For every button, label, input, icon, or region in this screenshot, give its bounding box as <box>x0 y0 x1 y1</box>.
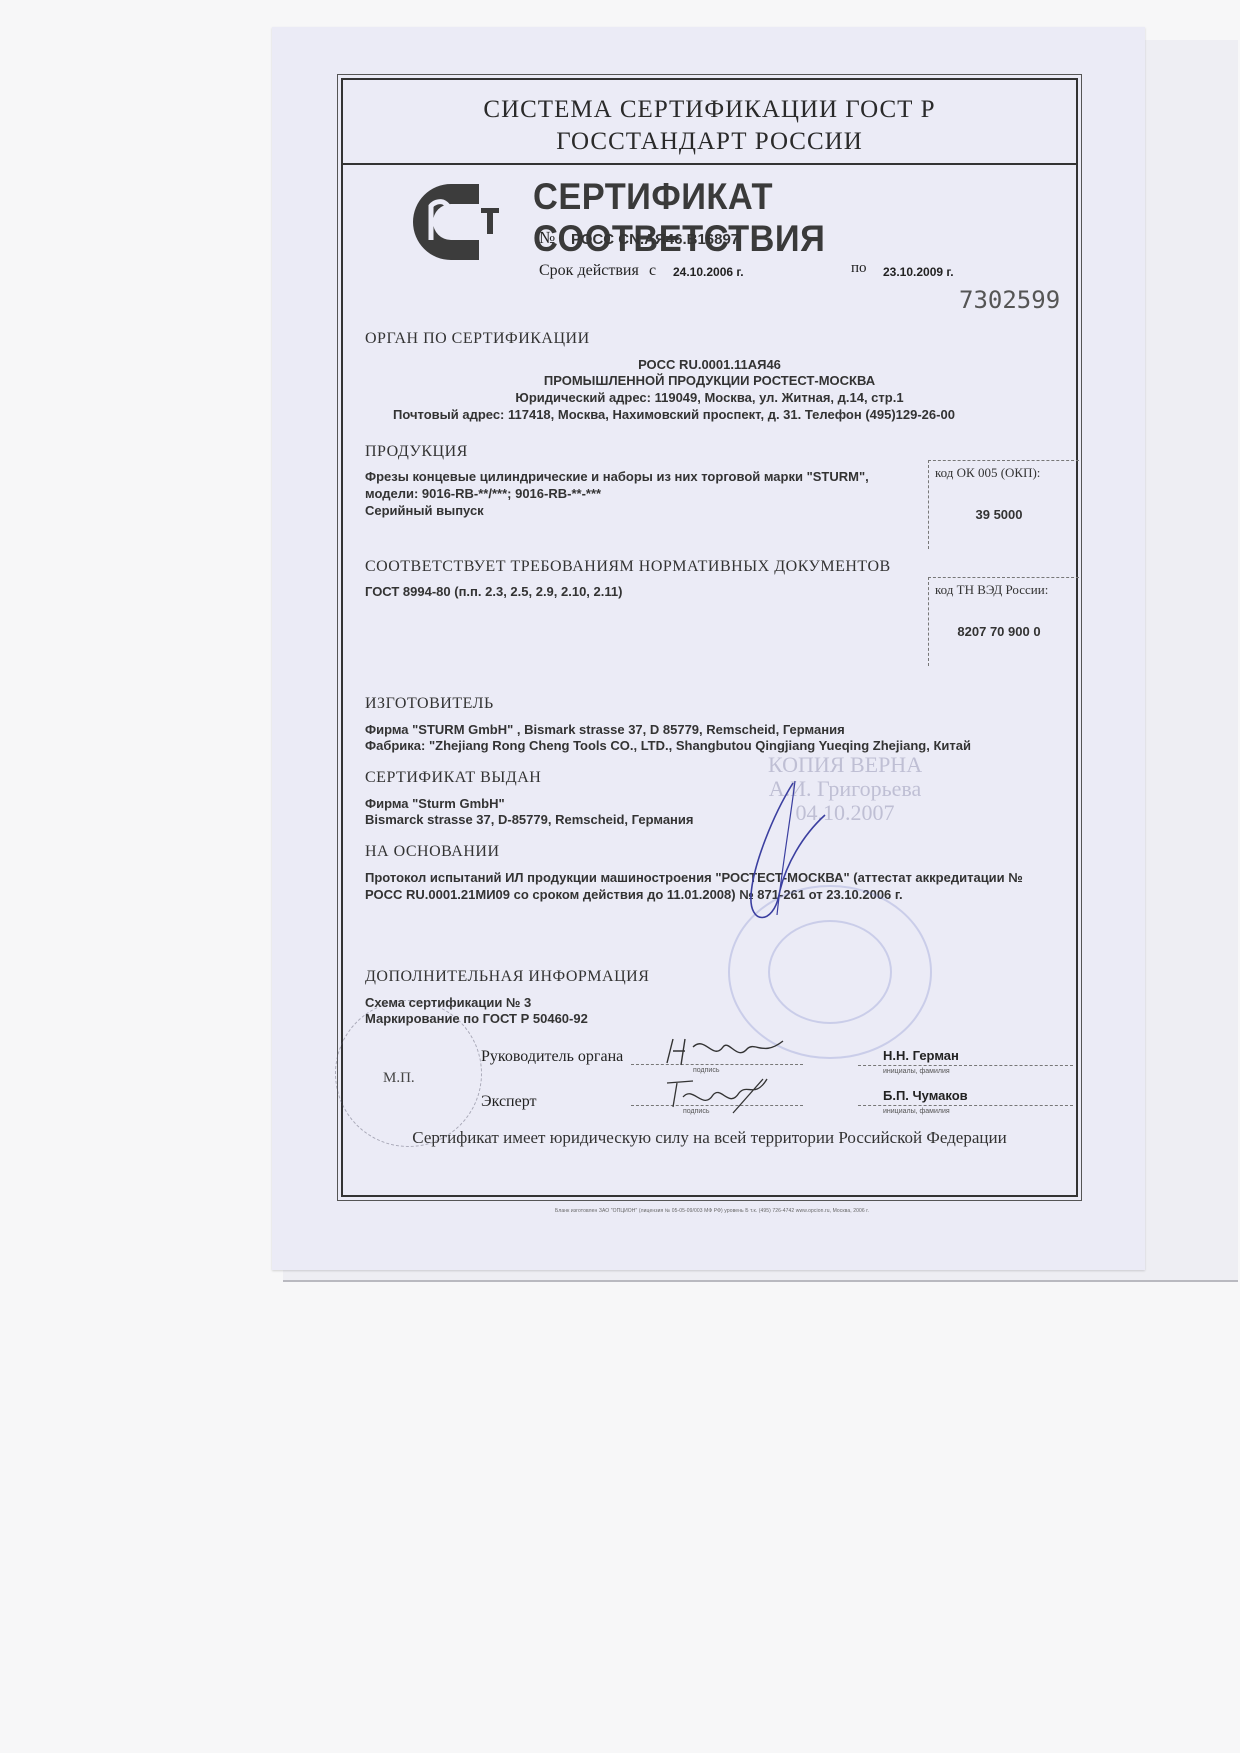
issued-to-heading: СЕРТИФИКАТ ВЫДАН <box>365 769 541 787</box>
issued-to-line-1: Фирма "Sturm GmbH" <box>365 795 505 812</box>
system-title-line2: ГОССТАНДАРТ РОССИИ <box>343 128 1076 156</box>
tnved-code-box: код ТН ВЭД России: 8207 70 900 0 <box>928 577 1079 666</box>
form-print-note: Бланк изготовлен ЗАО "ОПЦИОН" (лицензия … <box>555 1208 869 1214</box>
product-heading: ПРОДУКЦИЯ <box>365 443 468 461</box>
serial-number: 7302599 <box>959 286 1060 314</box>
seal-label: М.П. <box>383 1070 415 1087</box>
certification-body-heading: ОРГАН ПО СЕРТИФИКАЦИИ <box>365 330 590 348</box>
expert-label: Эксперт <box>481 1093 536 1111</box>
manufacturer-heading: ИЗГОТОВИТЕЛЬ <box>365 695 494 713</box>
certification-body-name: ПРОМЫШЛЕННОЙ ПРОДУКЦИИ РОСТЕСТ-МОСКВА <box>343 372 1076 389</box>
certification-body-seal-inner <box>768 920 892 1024</box>
issued-to-line-2: Bismarck strasse 37, D-85779, Remscheid,… <box>365 811 693 828</box>
okp-code-box: код ОК 005 (ОКП): 39 5000 <box>928 460 1079 549</box>
basis-line-1: Протокол испытаний ИЛ продукции машиност… <box>365 869 1023 886</box>
expert-name-caption: инициалы, фамилия <box>883 1108 950 1115</box>
head-name: Н.Н. Герман <box>883 1048 959 1063</box>
basis-heading: НА ОСНОВАНИИ <box>365 843 500 861</box>
conformity-standard: ГОСТ 8994-80 (п.п. 2.3, 2.5, 2.9, 2.10, … <box>365 583 622 600</box>
header-divider <box>343 163 1076 165</box>
copy-signature <box>733 775 843 935</box>
validity-from-date: 24.10.2006 г. <box>673 265 744 279</box>
validity-label: Срок действия <box>539 262 639 280</box>
rst-logo-icon <box>401 182 501 262</box>
additional-info-heading: ДОПОЛНИТЕЛЬНАЯ ИНФОРМАЦИЯ <box>365 968 649 986</box>
product-line-3: Серийный выпуск <box>365 502 484 519</box>
head-name-line <box>858 1065 1073 1066</box>
validity-from-label: с <box>649 262 656 280</box>
postal-address: Почтовый адрес: 117418, Москва, Нахимовс… <box>393 406 955 423</box>
certificate-frame: СИСТЕМА СЕРТИФИКАЦИИ ГОСТ Р ГОССТАНДАРТ … <box>341 78 1078 1197</box>
product-line-1: Фрезы концевые цилиндрические и наборы и… <box>365 468 869 485</box>
validity-to-date: 23.10.2009 г. <box>883 265 954 279</box>
legal-address: Юридический адрес: 119049, Москва, ул. Ж… <box>343 389 1076 406</box>
head-signature <box>663 1033 788 1069</box>
expert-name-line <box>858 1105 1073 1106</box>
tnved-code-label: код ТН ВЭД России: <box>935 582 1048 598</box>
expert-name: Б.П. Чумаков <box>883 1088 968 1103</box>
okp-code-value: 39 5000 <box>929 507 1069 522</box>
head-of-body-label: Руководитель органа <box>481 1048 623 1066</box>
conformity-heading: СООТВЕТСТВУЕТ ТРЕБОВАНИЯМ НОРМАТИВНЫХ ДО… <box>365 558 891 576</box>
legal-force-note: Сертификат имеет юридическую силу на все… <box>343 1128 1076 1148</box>
number-label: № <box>539 228 555 248</box>
system-title-line1: СИСТЕМА СЕРТИФИКАЦИИ ГОСТ Р <box>343 96 1076 124</box>
manufacturer-line-1: Фирма "STURM GmbH" , Bismark strasse 37,… <box>365 721 845 738</box>
tnved-code-value: 8207 70 900 0 <box>929 624 1069 639</box>
copy-stamp-line1: КОПИЯ ВЕРНА <box>768 753 922 777</box>
okp-code-label: код ОК 005 (ОКП): <box>935 465 1040 481</box>
certificate-number: РОСС CN.АЯ46.В16897 <box>571 231 739 248</box>
certification-body-code: РОСС RU.0001.11АЯ46 <box>343 356 1076 373</box>
validity-to-label: по <box>851 260 867 277</box>
head-name-caption: инициалы, фамилия <box>883 1068 950 1075</box>
expert-signature <box>663 1075 773 1115</box>
product-line-2: модели: 9016-RB-**/***; 9016-RB-**-*** <box>365 485 601 502</box>
